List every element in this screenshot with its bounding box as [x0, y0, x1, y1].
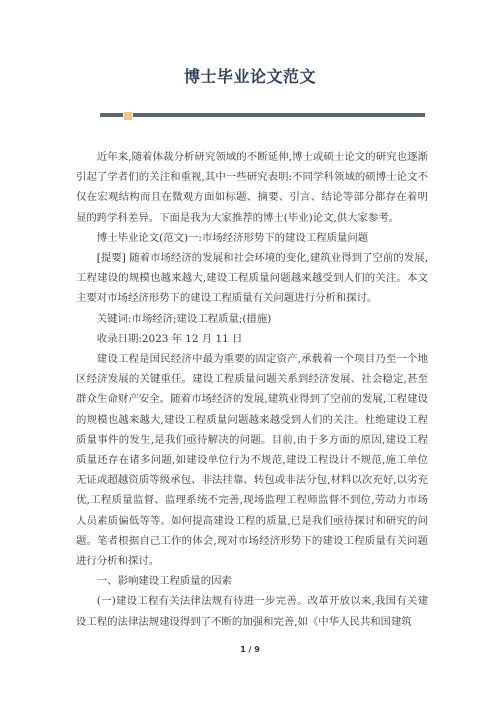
document-body: 近年来,随着体裁分析研究领域的不断延伸,博士或硕士论文的研究也逐渐引起了学者们的… — [76, 147, 428, 632]
section-heading: 博士毕业论文(范文)一:市场经济形势下的建设工程质量问题 — [76, 228, 428, 248]
subsection-heading: 一、影响建设工程质量的因素 — [76, 571, 428, 591]
intro-paragraph: 近年来,随着体裁分析研究领域的不断延伸,博士或硕士论文的研究也逐渐引起了学者们的… — [76, 147, 428, 228]
title-divider — [100, 113, 425, 117]
abstract-paragraph: [提要] 随着市场经济的发展和社会环境的变化,建筑业得到了空前的发展,工程建设的… — [76, 248, 428, 309]
divider-ornament-icon — [123, 111, 133, 121]
document-title: 博士毕业论文范文 — [0, 64, 500, 87]
keywords: 关键词:市场经济;建设工程质量;(措施) — [76, 309, 428, 329]
body-paragraph: 建设工程是国民经济中最为重要的固定资产,承载着一个项目乃至一个地区经济发展的关键… — [76, 349, 428, 571]
body-paragraph: (一)建设工程有关法律法规有待进一步完善。改革开放以来,我国有关建设工程的法律法… — [76, 591, 428, 631]
page-indicator: 1 / 9 — [0, 645, 500, 654]
received-date: 收录日期:2023 年 12 月 11 日 — [76, 329, 428, 349]
